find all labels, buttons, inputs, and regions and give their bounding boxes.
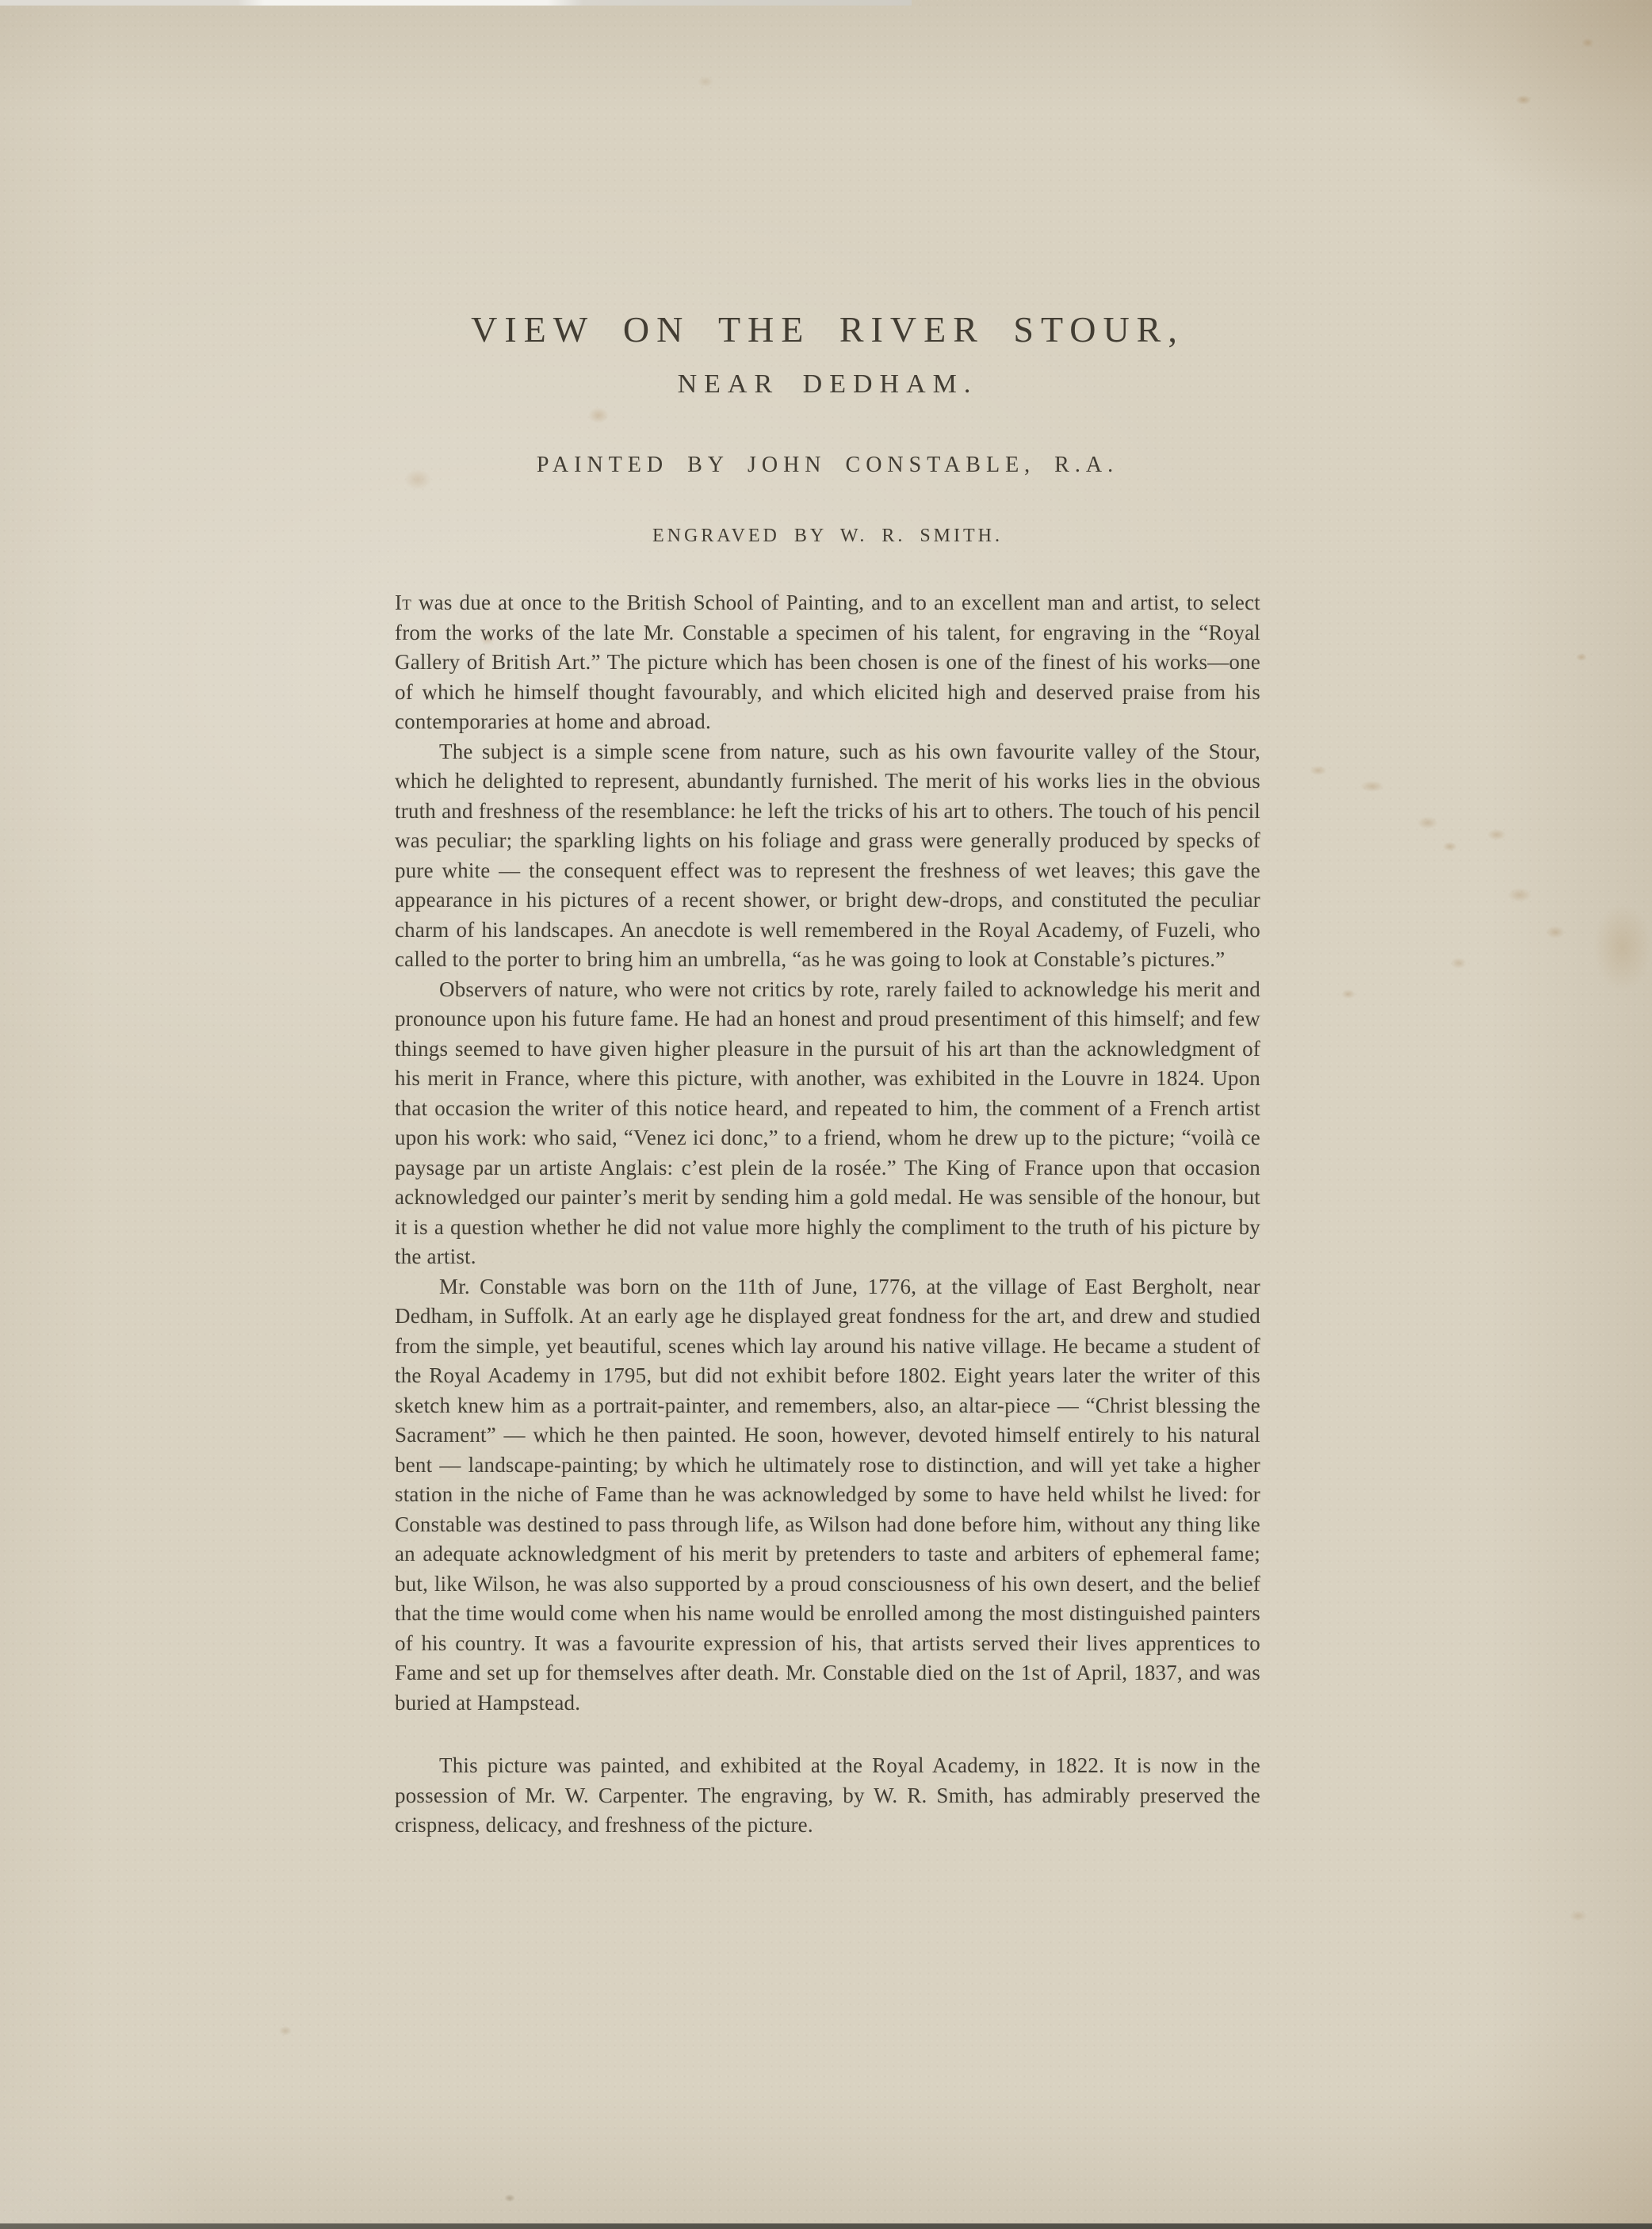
paragraph-text: was due at once to the British School of…	[395, 591, 1260, 733]
aging-shade-bottom-right	[1161, 1817, 1652, 2229]
foxing-spot	[1576, 653, 1587, 661]
foxing-spot	[1581, 38, 1594, 48]
foxing-spot	[1443, 842, 1457, 851]
foxing-spot	[1546, 926, 1565, 939]
foxing-spot	[1593, 904, 1652, 991]
scanner-edge-top	[0, 0, 912, 6]
aging-shade-top-right	[1208, 0, 1652, 333]
foxing-spot	[504, 2194, 515, 2202]
foxing-spot	[1516, 95, 1532, 105]
paragraph-colophon: This picture was painted, and exhibited …	[395, 1751, 1260, 1841]
foxing-spot	[279, 2026, 292, 2036]
light-patch-bottom-left	[0, 1991, 333, 2229]
paragraph: The subject is a simple scene from natur…	[395, 737, 1260, 975]
foxing-spot	[1508, 888, 1532, 902]
body-text: It was due at once to the British School…	[395, 588, 1260, 1841]
page-title: VIEW ON THE RIVER STOUR,	[395, 308, 1260, 351]
scanner-edge-bottom	[0, 2223, 1652, 2229]
foxing-spot	[1487, 829, 1506, 840]
foxing-spot	[1360, 781, 1384, 792]
foxing-spot	[1570, 1910, 1587, 1921]
painted-by-line: PAINTED BY JOHN CONSTABLE, R.A.	[395, 452, 1260, 479]
foxing-spot	[1451, 958, 1467, 969]
foxing-spot	[698, 76, 713, 87]
foxing-spot	[1341, 989, 1356, 999]
paragraph: Observers of nature, who were not critic…	[395, 975, 1260, 1272]
text-block: VIEW ON THE RIVER STOUR, NEAR DEDHAM. PA…	[395, 308, 1260, 1841]
page-subtitle: NEAR DEDHAM.	[395, 369, 1260, 401]
lead-word: It	[395, 591, 411, 614]
scanned-page: VIEW ON THE RIVER STOUR, NEAR DEDHAM. PA…	[0, 0, 1652, 2229]
engraved-by-line: ENGRAVED BY W. R. SMITH.	[395, 525, 1260, 548]
foxing-spot	[1417, 816, 1438, 829]
paragraph: It was due at once to the British School…	[395, 588, 1260, 737]
foxing-spot	[1310, 766, 1327, 775]
paragraph: Mr. Constable was born on the 11th of Ju…	[395, 1272, 1260, 1719]
